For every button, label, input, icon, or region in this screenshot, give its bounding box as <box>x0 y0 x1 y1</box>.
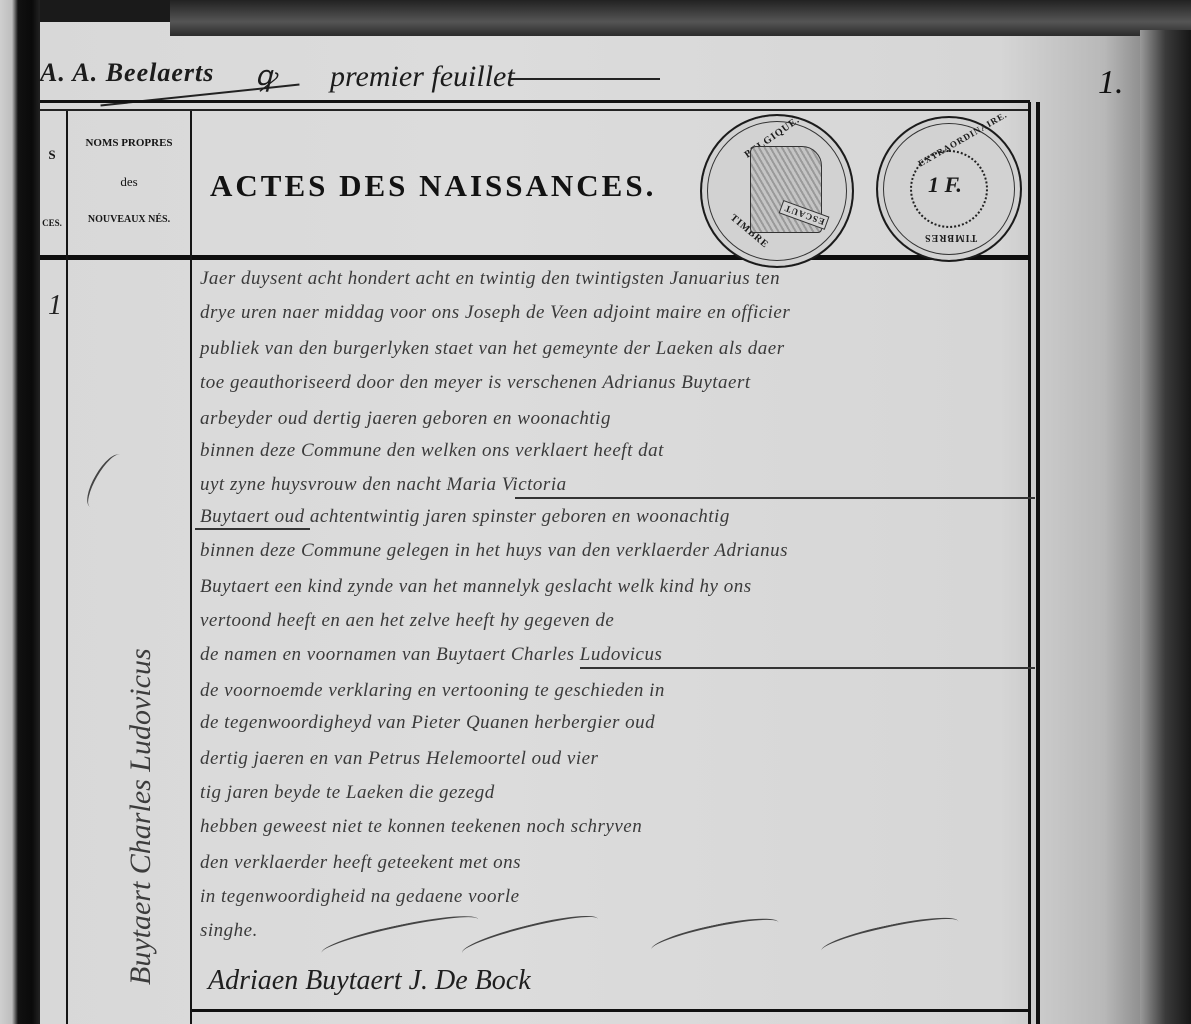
entry-line: binnen deze Commune gelegen in het huys … <box>200 540 788 562</box>
bottom-rule <box>190 1009 1030 1012</box>
page-title: ACTES DES NAISSANCES. <box>210 168 656 204</box>
right-border-line-thick <box>1036 102 1040 1024</box>
entry-line: vertoond heeft en aen het zelve heeft hy… <box>200 610 614 632</box>
name-underline-child <box>580 667 1035 669</box>
sheet-label: premier feuillet <box>330 60 515 94</box>
entry-line: de voornoemde verklaring en vertooning t… <box>200 680 665 702</box>
entry-line: uyt zyne huysvrouw den nacht Maria Victo… <box>200 474 567 496</box>
entry-line: in tegenwoordigheid na gedaene voorle <box>200 886 520 908</box>
header-separator-rule <box>40 255 1030 260</box>
entry-line: drye uren naer middag voor ons Joseph de… <box>200 302 790 324</box>
top-rule-thin <box>40 109 1030 111</box>
stamp-2-value: 1 F. <box>928 172 962 198</box>
entry-line: de namen en voornamen van Buytaert Charl… <box>200 644 662 666</box>
page-top-shadow <box>170 0 1191 36</box>
entry-line: Buytaert een kind zynde van het mannelyk… <box>200 576 752 598</box>
stamp-timbre-extraordinaire: EXTRAORDINAIRE. TIMBRES 1 F. <box>876 116 1022 262</box>
entry-line: hebben geweest niet te konnen teekenen n… <box>200 816 642 838</box>
name-underline-mother <box>515 497 1035 499</box>
entry-line: toe geauthoriseerd door den meyer is ver… <box>200 372 751 394</box>
entry-line: singhe. <box>200 920 258 942</box>
page-header: A. A. Beelaerts ꝙ premier feuillet <box>40 58 1040 82</box>
entry-line: binnen deze Commune den welken ons verkl… <box>200 440 664 462</box>
entry-line: Buytaert oud achtentwintig jaren spinste… <box>200 506 730 528</box>
right-border-line <box>1028 102 1031 1024</box>
top-rule <box>40 100 1030 103</box>
entry-line: arbeyder oud dertig jaeren geboren en wo… <box>200 408 611 430</box>
paraph-mark: ꝙ <box>255 56 276 94</box>
page-right-edge <box>1140 30 1191 1024</box>
signatures: Adriaen Buytaert J. De Bock <box>208 965 531 997</box>
sheet-label-underline <box>510 78 660 80</box>
column-header-numbers-line1: S <box>40 148 64 161</box>
entry-line: Jaer duysent acht hondert acht en twinti… <box>200 268 780 290</box>
column-header-names-line3: NOUVEAUX NÉS. <box>88 214 170 225</box>
child-name-margin: Buytaert Charles Ludovicus <box>124 648 158 985</box>
stamp-timbre-belgique: BELGIQUE. TIMBRE ESCAUT <box>700 114 854 268</box>
entry-line: publiek van den burgerlyken staet van he… <box>200 338 785 360</box>
column-header-numbers: S CES. <box>40 148 64 228</box>
column-header-names-line2: des <box>68 175 190 188</box>
column-header-names: NOMS PROPRES des NOUVEAUX NÉS. <box>68 138 190 225</box>
book-binding <box>0 0 40 1024</box>
entry-line: den verklaerder heeft geteekent met ons <box>200 852 521 874</box>
name-underline-surname <box>195 528 310 530</box>
column-divider-2 <box>190 111 192 1024</box>
entry-number: 1 <box>48 290 62 322</box>
column-divider-1 <box>66 111 68 1024</box>
column-header-numbers-line3: CES. <box>40 219 64 228</box>
entry-line: de tegenwoordigheyd van Pieter Quanen he… <box>200 712 655 734</box>
clerk-signature: A. A. Beelaerts <box>40 58 214 88</box>
entry-line: dertig jaeren en van Petrus Helemoortel … <box>200 748 598 770</box>
page-number: 1. <box>1098 64 1124 102</box>
entry-line: tig jaren beyde te Laeken die gezegd <box>200 782 495 804</box>
column-header-names-line1: NOMS PROPRES <box>85 137 172 149</box>
stamp-2-bottom-text: TIMBRES <box>924 232 977 243</box>
